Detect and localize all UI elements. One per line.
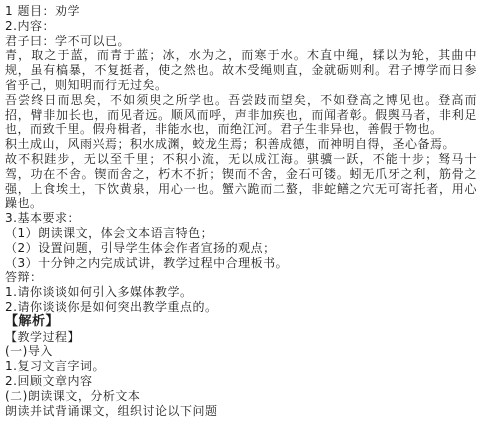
analysis-review-content: 2.回顾文章内容	[5, 374, 477, 389]
question-title-line: 1 题目：劝学	[5, 4, 477, 19]
defense-item-1: 1.请你谈谈如何引入多媒体教学。	[5, 285, 477, 300]
defense-item-2: 2.请你谈谈你是如何突出教学重点的。	[5, 300, 477, 315]
text-paragraph-gubuji: 故不积跬步，无以至千里；不积小流，无以成江海。骐骥一跃，不能十步；驽马十驾，功在…	[5, 152, 477, 211]
text-paragraph-qingqulan: 青，取之于蓝，而青于蓝；冰，水为之，而寒于水。木直中绳，𫐓以为轮，其曲中规，虽有…	[5, 48, 477, 92]
text-paragraph-jituchengshan: 积土成山，风雨兴焉；积水成渊，蛟龙生焉；积善成德，而神明自得，圣心备焉。	[5, 137, 477, 152]
requirements-label: 3.基本要求：	[5, 211, 477, 226]
analysis-read-recite-discuss: 朗读并试背诵课文，组织讨论以下问题	[5, 404, 477, 419]
content-label: 2.内容：	[5, 19, 477, 34]
analysis-step-1-lead-in: (一)导入	[5, 344, 477, 359]
analysis-teaching-process-header: 【教学过程】	[5, 330, 477, 345]
text-paragraph-wuchangzhongri: 吾尝终日而思矣，不如须臾之所学也。吾尝跂而望矣，不如登高之博见也。登高而招，臂非…	[5, 93, 477, 137]
analysis-section-header: 【解析】	[5, 315, 477, 330]
lesson-question-document: 1 题目：劝学 2.内容： 君子曰：学不可以已。 青，取之于蓝，而青于蓝；冰，水…	[0, 0, 483, 418]
defense-label: 答辩：	[5, 270, 477, 285]
requirement-item-2: （2）设置问题，引导学生体会作者宣扬的观点；	[5, 241, 477, 256]
requirement-item-3: （3）十分钟之内完成试讲，教学过程中合理板书。	[5, 256, 477, 271]
analysis-review-words: 1.复习文言字词。	[5, 359, 477, 374]
analysis-step-2-read-analyze: (二)朗读课文，分析文本	[5, 389, 477, 404]
text-paragraph-junziyue: 君子曰：学不可以已。	[5, 34, 477, 49]
requirement-item-1: （1）朗读课文，体会文本语言特色；	[5, 226, 477, 241]
